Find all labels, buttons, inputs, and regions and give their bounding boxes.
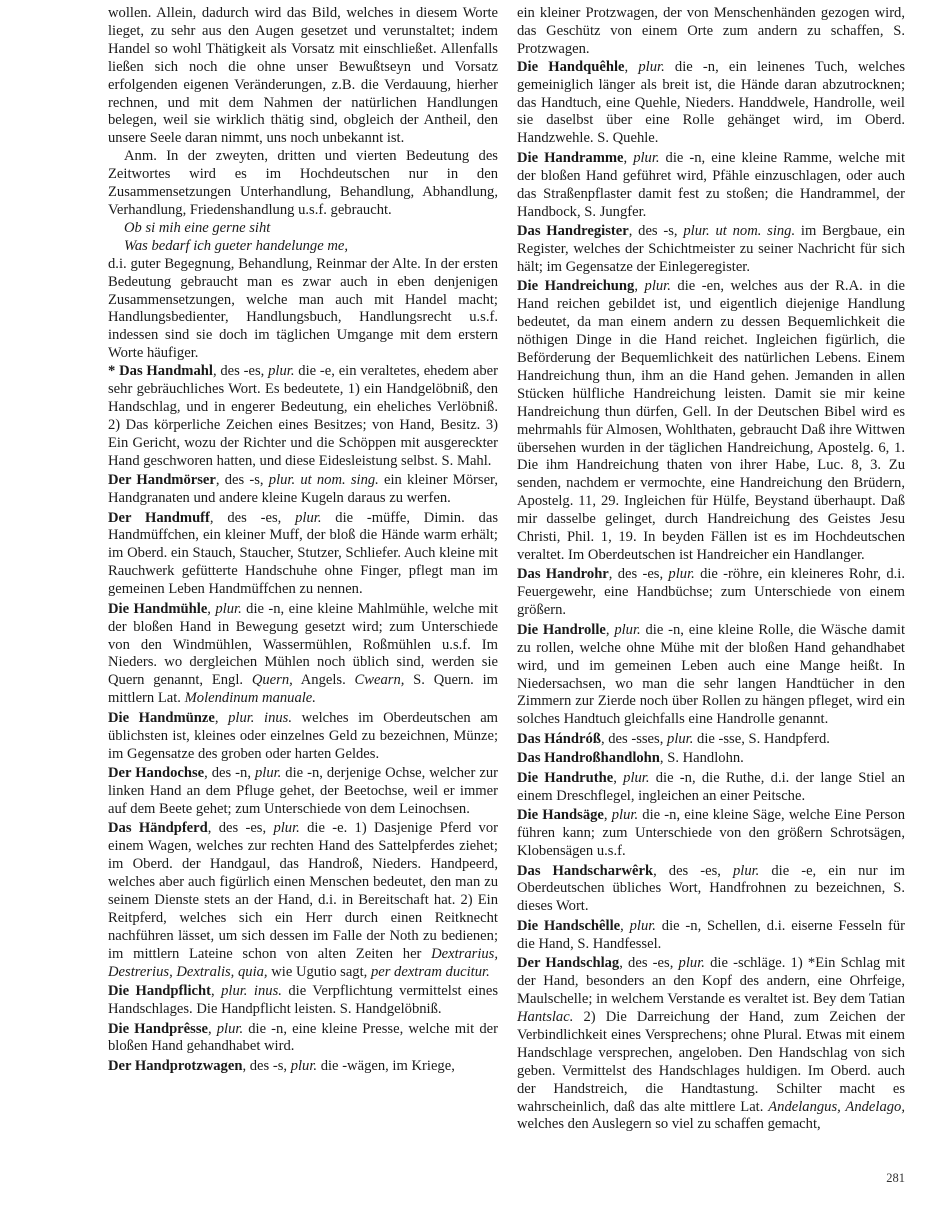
dictionary-entry: Das Hándróß, des -sses, plur. die -sse, …: [517, 731, 905, 749]
dictionary-entry: Das Handscharwêrk, des -es, plur. die -e…: [517, 863, 905, 917]
entry-headword: Das Handroßhandlohn: [517, 750, 660, 766]
entry-headword: Das Handregister: [517, 223, 629, 239]
italic-term: plur.: [633, 150, 659, 166]
entry-headword: Der Handprotzwagen: [108, 1058, 242, 1074]
dictionary-entry: Der Handmuff, des -es, plur. die -müffe,…: [108, 510, 498, 600]
italic-term: plur.: [255, 765, 281, 781]
italic-term: plur.: [215, 601, 241, 617]
entry-headword: Die Handruthe: [517, 770, 613, 786]
entry-headword: Der Handschlag: [517, 955, 619, 971]
italic-term: plur.: [645, 278, 671, 294]
entry-headword: Der Handmuff: [108, 510, 210, 526]
italic-term: plur.: [614, 622, 640, 638]
dictionary-entry: Das Handregister, des -s, plur. ut nom. …: [517, 223, 905, 277]
italic-term: plur. ut nom. sing.: [683, 223, 795, 239]
entry-headword: Die Handmünze: [108, 710, 215, 726]
dictionary-entry: Die Handprêsse, plur. die -n, eine klein…: [108, 1021, 498, 1057]
entry-headword: Die Handreichung: [517, 278, 634, 294]
entry-headword: Der Handochse: [108, 765, 204, 781]
entry-marker: *: [108, 363, 119, 379]
entry-headword: Die Handsäge: [517, 807, 604, 823]
italic-term: plur.: [668, 566, 694, 582]
italic-term: Andelangus, Andelago,: [768, 1099, 905, 1115]
italic-term: plur. inus.: [221, 983, 282, 999]
italic-term: plur.: [733, 863, 759, 879]
dictionary-entry: Die Handquêhle, plur. die -n, ein leinen…: [517, 59, 905, 149]
right-column: ein kleiner Protzwagen, der von Menschen…: [517, 5, 905, 1136]
italic-term: plur.: [679, 955, 705, 971]
dictionary-entry: Der Handochse, des -n, plur. die -n, der…: [108, 765, 498, 819]
italic-term: per dextram ducitur.: [371, 964, 490, 980]
entry-headword: Die Handschêlle: [517, 918, 620, 934]
left-column: wollen. Allein, dadurch wird das Bild, w…: [108, 5, 498, 1077]
dictionary-entry: Das Handrohr, des -es, plur. die -röhre,…: [517, 566, 905, 620]
entry-headword: Die Handquêhle: [517, 59, 625, 75]
dictionary-entry: * Das Handmahl, des -es, plur. die -e, e…: [108, 363, 498, 470]
paragraph-continuation: wollen. Allein, dadurch wird das Bild, w…: [108, 5, 498, 148]
dictionary-entry: Der Handschlag, des -es, plur. die -schl…: [517, 955, 905, 1134]
entry-headword: Die Handrolle: [517, 622, 606, 638]
dictionary-entry: Die Handruthe, plur. die -n, die Ruthe, …: [517, 770, 905, 806]
dictionary-entry: Die Handmühle, plur. die -n, eine kleine…: [108, 601, 498, 708]
italic-term: plur.: [273, 820, 299, 836]
left-entries: * Das Handmahl, des -es, plur. die -e, e…: [108, 363, 498, 1076]
dictionary-entry: Die Handpflicht, plur. inus. die Verpfli…: [108, 983, 498, 1019]
italic-term: plur. ut nom. sing.: [269, 472, 379, 488]
dictionary-entry: Das Handroßhandlohn, S. Handlohn.: [517, 750, 905, 768]
italic-term: plur.: [295, 510, 321, 526]
verse-line: Was bedarf ich gueter handelunge me,: [108, 238, 498, 256]
entry-headword: Das Hándróß: [517, 731, 601, 747]
verse-line: Ob si mih eine gerne siht: [108, 220, 498, 238]
italic-term: plur.: [667, 731, 693, 747]
paragraph-gloss: d.i. guter Begegnung, Behandlung, Reinma…: [108, 256, 498, 363]
dictionary-entry: Das Händpferd, des -es, plur. die -e. 1)…: [108, 820, 498, 981]
dictionary-entry: Die Handreichung, plur. die -en, welches…: [517, 278, 905, 565]
right-entries: Die Handquêhle, plur. die -n, ein leinen…: [517, 59, 905, 1135]
dictionary-entry: Die Handramme, plur. die -n, eine kleine…: [517, 150, 905, 222]
paragraph-continuation: ein kleiner Protzwagen, der von Menschen…: [517, 5, 905, 59]
italic-term: plur.: [268, 363, 294, 379]
dictionary-entry: Die Handrolle, plur. die -n, eine kleine…: [517, 622, 905, 729]
dictionary-entry: Die Handsäge, plur. die -n, eine kleine …: [517, 807, 905, 861]
entry-headword: Das Händpferd: [108, 820, 208, 836]
dictionary-entry: Der Handmörser, des -s, plur. ut nom. si…: [108, 472, 498, 508]
italic-term: plur.: [217, 1021, 243, 1037]
entry-headword: Die Handmühle: [108, 601, 207, 617]
italic-term: plur.: [630, 918, 656, 934]
entry-headword: Das Handmahl: [119, 363, 213, 379]
italic-term: plur.: [612, 807, 638, 823]
entry-headword: Die Handpflicht: [108, 983, 211, 999]
dictionary-entry: Die Handschêlle, plur. die -n, Schellen,…: [517, 918, 905, 954]
italic-term: Molendinum manuale.: [185, 690, 316, 706]
entry-headword: Das Handscharwêrk: [517, 863, 653, 879]
entry-headword: Der Handmörser: [108, 472, 216, 488]
italic-term: plur.: [638, 59, 664, 75]
entry-headword: Das Handrohr: [517, 566, 609, 582]
entry-headword: Die Handprêsse: [108, 1021, 208, 1037]
entry-headword: Die Handramme: [517, 150, 624, 166]
italic-term: Quern,: [252, 672, 293, 688]
annotation-paragraph: Anm. In der zweyten, dritten und vierten…: [108, 148, 498, 220]
dictionary-entry: Die Handmünze, plur. inus. welches im Ob…: [108, 710, 498, 764]
italic-term: plur. inus.: [228, 710, 292, 726]
italic-term: Hantslac.: [517, 1009, 573, 1025]
italic-term: Cwearn,: [355, 672, 405, 688]
dictionary-entry: Der Handprotzwagen, des -s, plur. die -w…: [108, 1058, 498, 1076]
page-number: 281: [886, 1171, 905, 1186]
italic-term: plur.: [623, 770, 649, 786]
italic-term: plur.: [291, 1058, 317, 1074]
